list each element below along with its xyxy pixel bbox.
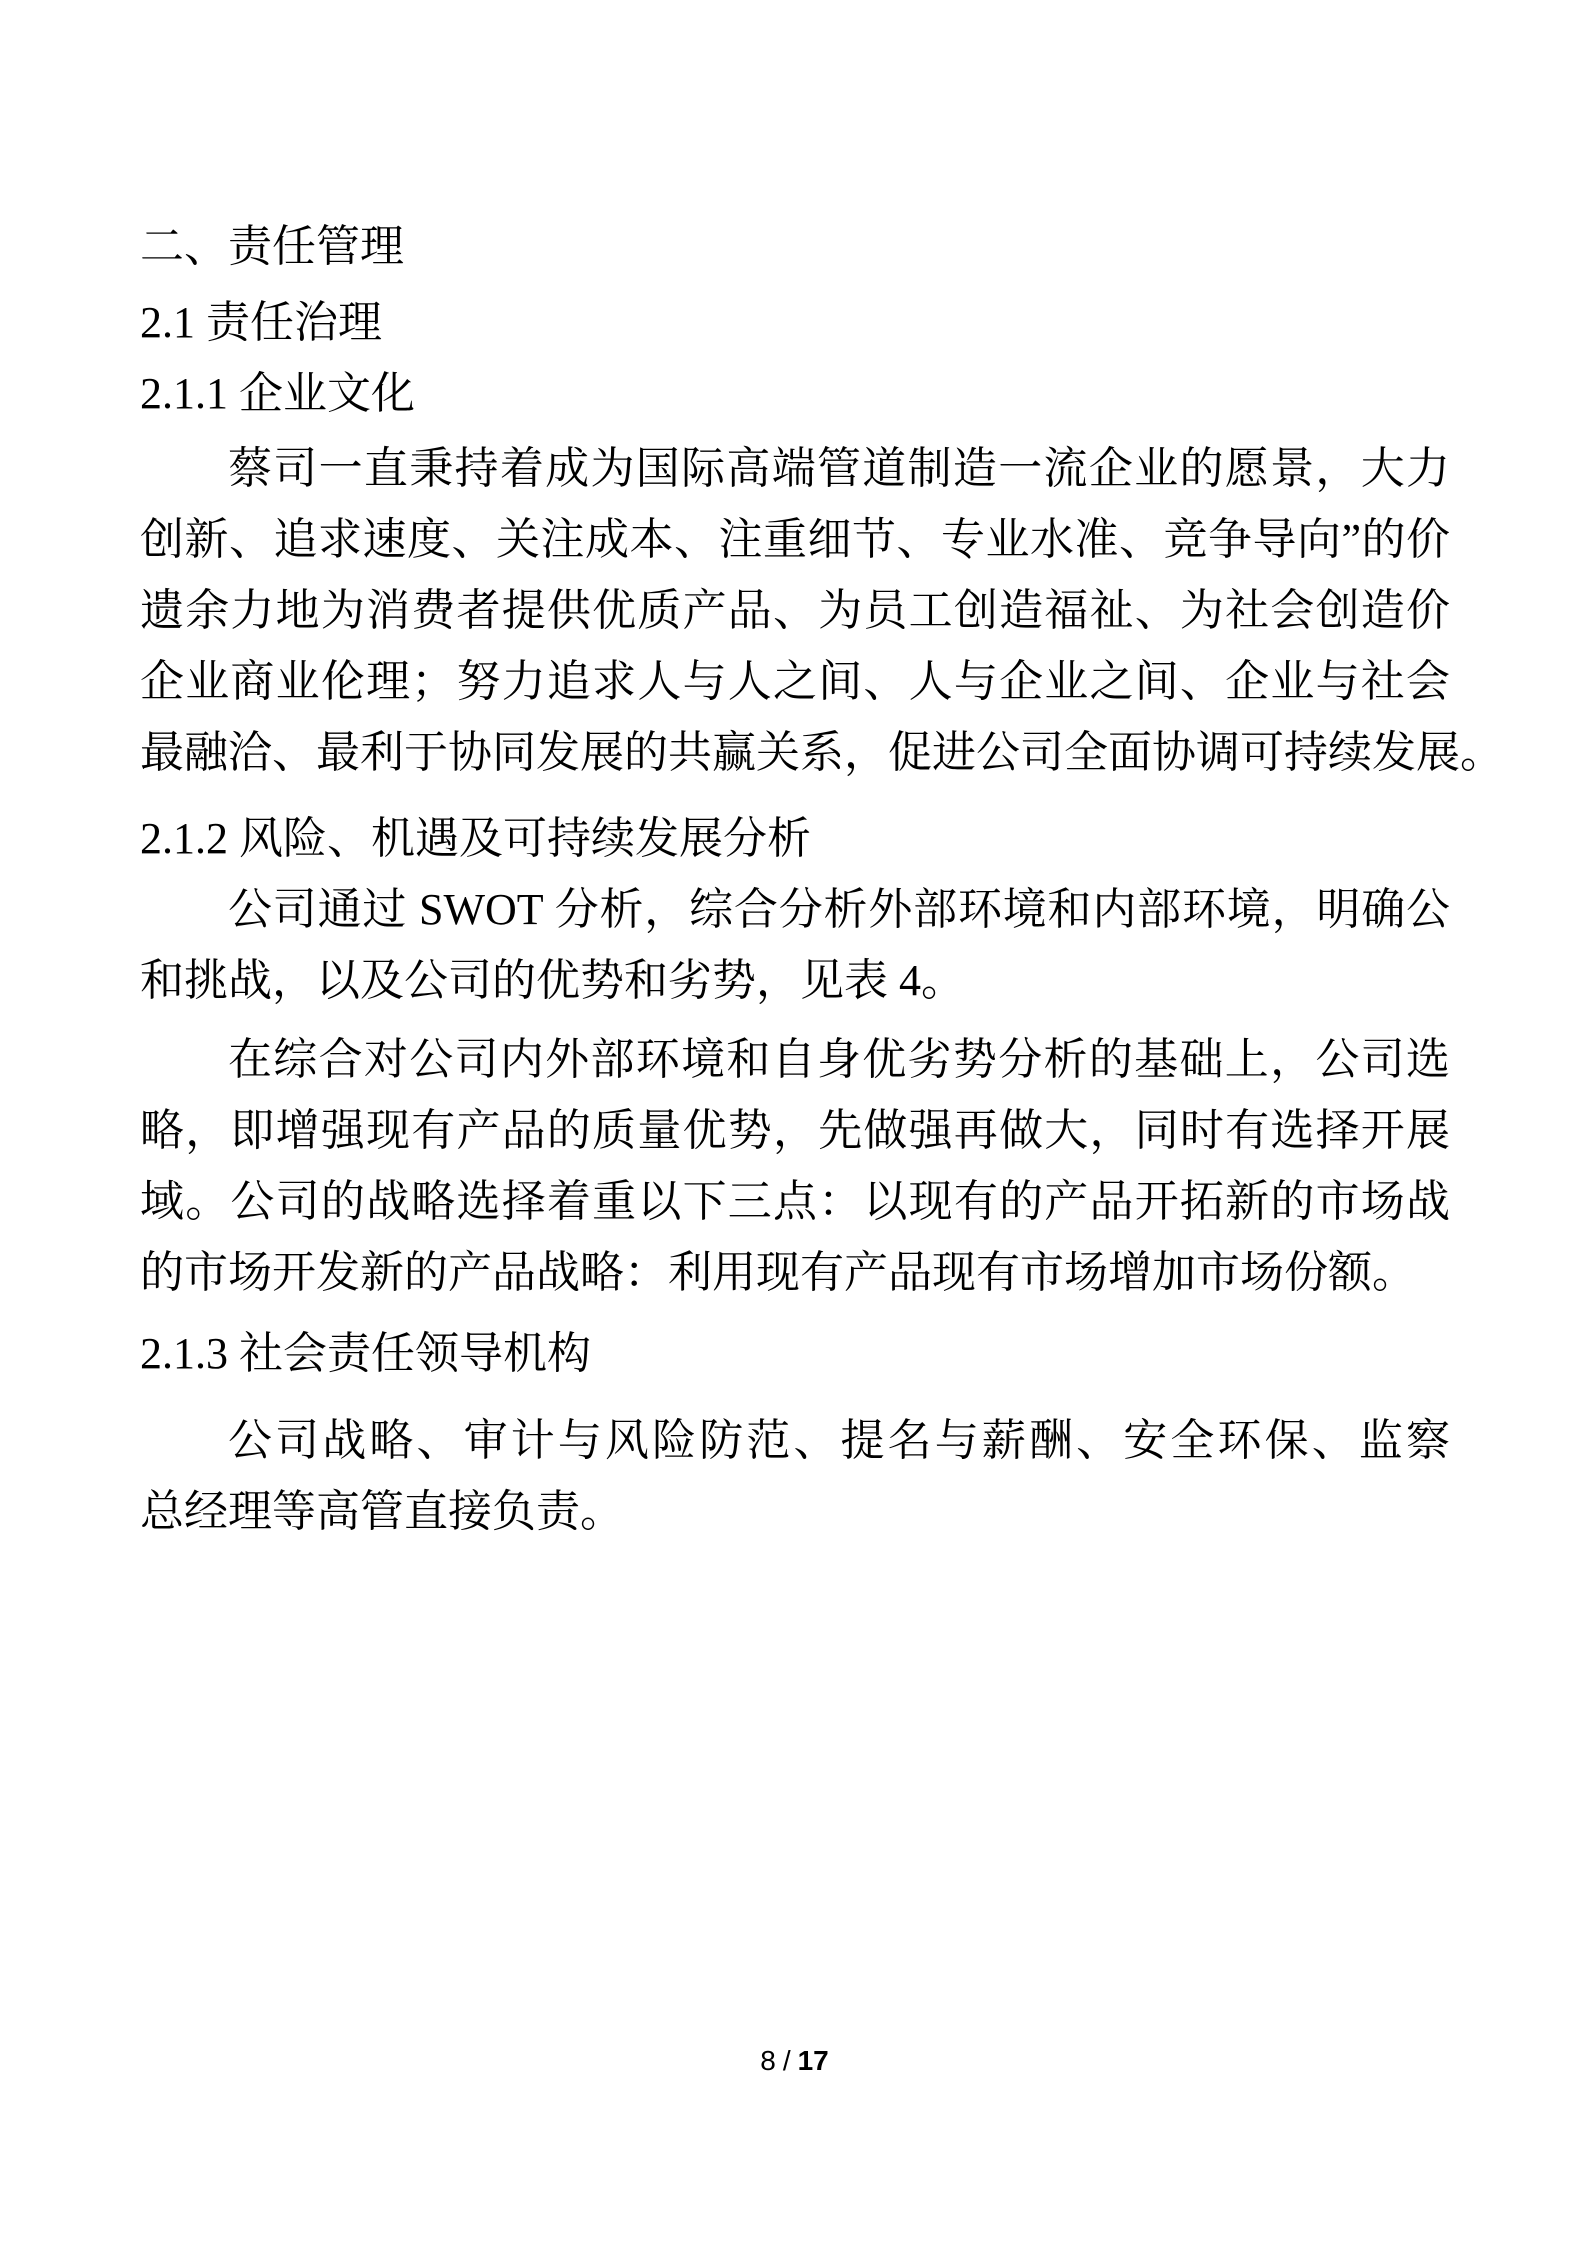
section-heading: 2.1.1 企业文化 — [140, 358, 1450, 429]
page-number-current: 8 — [760, 2045, 776, 2076]
section-heading: 二、责任管理 — [140, 211, 1450, 282]
paragraph-line: 域。公司的战略选择着重以下三点：以现有的产品开拓新的市场战略；以现有 — [140, 1166, 1450, 1237]
paragraph-line: 创新、追求速度、关注成本、注重细节、专业水准、竞争导向”的价值观；不 — [140, 504, 1450, 575]
paragraph-line: 略，即增强现有产品的质量优势，先做强再做大，同时有选择开展新的业务领 — [140, 1095, 1450, 1166]
section-heading: 2.1 责任治理 — [140, 287, 1450, 358]
document-content: 二、责任管理2.1 责任治理2.1.1 企业文化蔡司一直秉持着成为国际高端管道制… — [140, 211, 1450, 1547]
paragraph-line: 在综合对公司内外部环境和自身优劣势分析的基础上，公司选择了加强型战 — [140, 1024, 1450, 1095]
page-number-total: 17 — [798, 2045, 829, 2076]
paragraph-line: 遗余力地为消费者提供优质产品、为员工创造福祉、为社会创造价值，全面践行 — [140, 575, 1450, 646]
paragraph-line: 公司战略、审计与风险防范、提名与薪酬、安全环保、监察委、采购部由 — [140, 1405, 1450, 1476]
paragraph-line: 公司通过 SWOT 分析，综合分析外部环境和内部环境，明确公司面临的机会 — [140, 874, 1450, 945]
paragraph-line: 和挑战，以及公司的优势和劣势，见表 4。 — [140, 945, 1450, 1016]
paragraph-line: 的市场开发新的产品战略：利用现有产品现有市场增加市场份额。 — [140, 1237, 1450, 1308]
paragraph-line: 最融洽、最利于协同发展的共赢关系，促进公司全面协调可持续发展。 — [140, 717, 1450, 788]
page-number-separator: / — [783, 2045, 791, 2076]
page-footer: 8/17 — [0, 2044, 1589, 2078]
section-heading: 2.1.3 社会责任领导机构 — [140, 1318, 1450, 1389]
document-page: 二、责任管理2.1 责任治理2.1.1 企业文化蔡司一直秉持着成为国际高端管道制… — [0, 0, 1589, 2245]
paragraph-line: 总经理等高管直接负责。 — [140, 1476, 1450, 1547]
section-heading: 2.1.2 风险、机遇及可持续发展分析 — [140, 803, 1450, 874]
paragraph-line: 蔡司一直秉持着成为国际高端管道制造一流企业的愿景，大力倡导“持续 — [140, 433, 1450, 504]
paragraph-line: 企业商业伦理；努力追求人与人之间、人与企业之间、企业与社会之间最健康、 — [140, 646, 1450, 717]
